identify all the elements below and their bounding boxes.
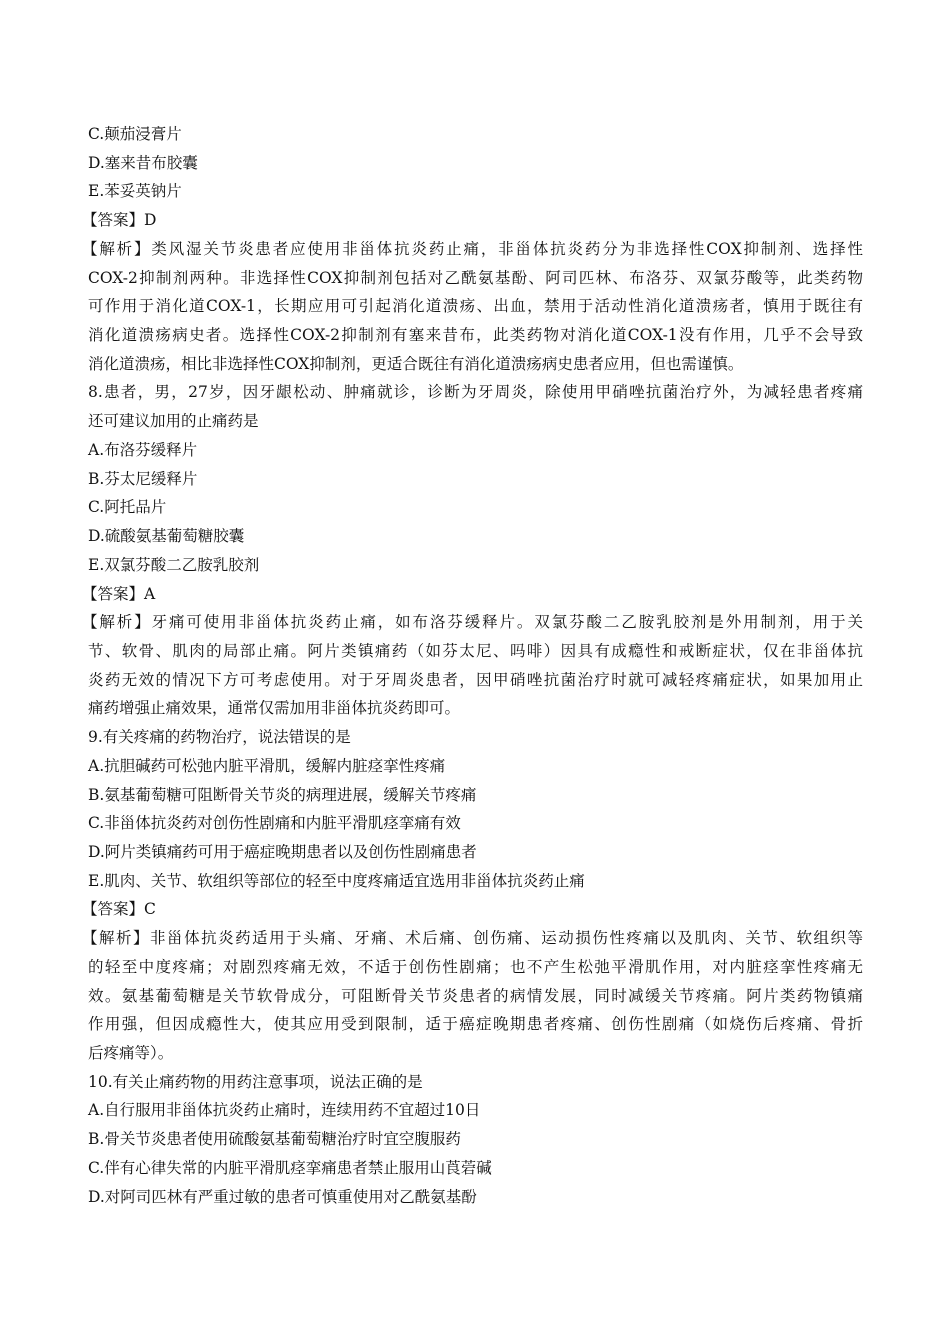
analysis-line: 【解析】类风湿关节炎患者应使用非甾体抗炎药止痛，非甾体抗炎药分为非选择性COX抑… (82, 235, 863, 264)
question-stem: 还可建议加用的止痛药是 (88, 407, 863, 436)
option-b: B.芬太尼缓释片 (88, 465, 863, 494)
analysis-line: 的轻至中度疼痛；对剧烈疼痛无效，不适于创伤性剧痛；也不产生松弛平滑肌作用，对内脏… (88, 953, 863, 982)
answer: 【答案】A (82, 580, 863, 609)
document-page: C.颠茄浸膏片 D.塞来昔布胶囊 E.苯妥英钠片 【答案】D 【解析】类风湿关节… (88, 120, 863, 1211)
analysis-line: 作用强，但因成瘾性大，使其应用受到限制，适于癌症晚期患者疼痛、创伤性剧痛（如烧伤… (88, 1010, 863, 1039)
analysis-line: 消化道溃疡，相比非选择性COX抑制剂，更适合既往有消化道溃疡病史患者应用，但也需… (88, 350, 863, 379)
option-a: A.抗胆碱药可松弛内脏平滑肌，缓解内脏痉挛性疼痛 (88, 752, 863, 781)
analysis-line: 后疼痛等）。 (88, 1039, 863, 1068)
analysis-line: 消化道溃疡病史者。选择性COX-2抑制剂有塞来昔布，此类药物对消化道COX-1没… (88, 321, 863, 350)
analysis-line: 效。氨基葡萄糖是关节软骨成分，可阻断骨关节炎患者的病情发展，同时减缓关节疼痛。阿… (88, 982, 863, 1011)
option-d: D.硫酸氨基葡萄糖胶囊 (88, 522, 863, 551)
analysis-line: 【解析】非甾体抗炎药适用于头痛、牙痛、术后痛、创伤痛、运动损伤性疼痛以及肌肉、关… (82, 924, 863, 953)
answer: 【答案】D (82, 206, 863, 235)
question-stem: 9.有关疼痛的药物治疗，说法错误的是 (88, 723, 863, 752)
question-stem: 10.有关止痛药物的用药注意事项，说法正确的是 (88, 1068, 863, 1097)
analysis-line: 炎药无效的情况下方可考虑使用。对于牙周炎患者，因甲硝唑抗菌治疗时就可减轻疼痛症状… (88, 666, 863, 695)
option-e: E.双氯芬酸二乙胺乳胶剂 (88, 551, 863, 580)
option-c: C.阿托品片 (88, 493, 863, 522)
option-d: D.阿片类镇痛药可用于癌症晚期患者以及创伤性剧痛患者 (88, 838, 863, 867)
analysis-line: 可作用于消化道COX-1，长期应用可引起消化道溃疡、出血，禁用于活动性消化道溃疡… (88, 292, 863, 321)
option-c: C.伴有心律失常的内脏平滑肌痉挛痛患者禁止服用山莨菪碱 (88, 1154, 863, 1183)
option-b: B.骨关节炎患者使用硫酸氨基葡萄糖治疗时宜空腹服药 (88, 1125, 863, 1154)
option-a: A.布洛芬缓释片 (88, 436, 863, 465)
option-e: E.肌肉、关节、软组织等部位的轻至中度疼痛适宜选用非甾体抗炎药止痛 (88, 867, 863, 896)
analysis-line: 节、软骨、肌肉的局部止痛。阿片类镇痛药（如芬太尼、吗啡）因具有成瘾性和戒断症状，… (88, 637, 863, 666)
option-b: B.氨基葡萄糖可阻断骨关节炎的病理进展，缓解关节疼痛 (88, 781, 863, 810)
analysis-line: 【解析】牙痛可使用非甾体抗炎药止痛，如布洛芬缓释片。双氯芬酸二乙胺乳胶剂是外用制… (82, 608, 863, 637)
option-c: C.非甾体抗炎药对创伤性剧痛和内脏平滑肌痉挛痛有效 (88, 809, 863, 838)
question-stem: 8.患者，男，27岁，因牙龈松动、肿痛就诊，诊断为牙周炎，除使用甲硝唑抗菌治疗外… (88, 378, 863, 407)
option-c: C.颠茄浸膏片 (88, 120, 863, 149)
analysis-line: 痛药增强止痛效果，通常仅需加用非甾体抗炎药即可。 (88, 694, 863, 723)
answer: 【答案】C (82, 895, 863, 924)
analysis-line: COX-2抑制剂两种。非选择性COX抑制剂包括对乙酰氨基酚、阿司匹林、布洛芬、双… (88, 264, 863, 293)
option-e: E.苯妥英钠片 (88, 177, 863, 206)
option-d: D.塞来昔布胶囊 (88, 149, 863, 178)
option-d: D.对阿司匹林有严重过敏的患者可慎重使用对乙酰氨基酚 (88, 1183, 863, 1212)
option-a: A.自行服用非甾体抗炎药止痛时，连续用药不宜超过10日 (88, 1096, 863, 1125)
